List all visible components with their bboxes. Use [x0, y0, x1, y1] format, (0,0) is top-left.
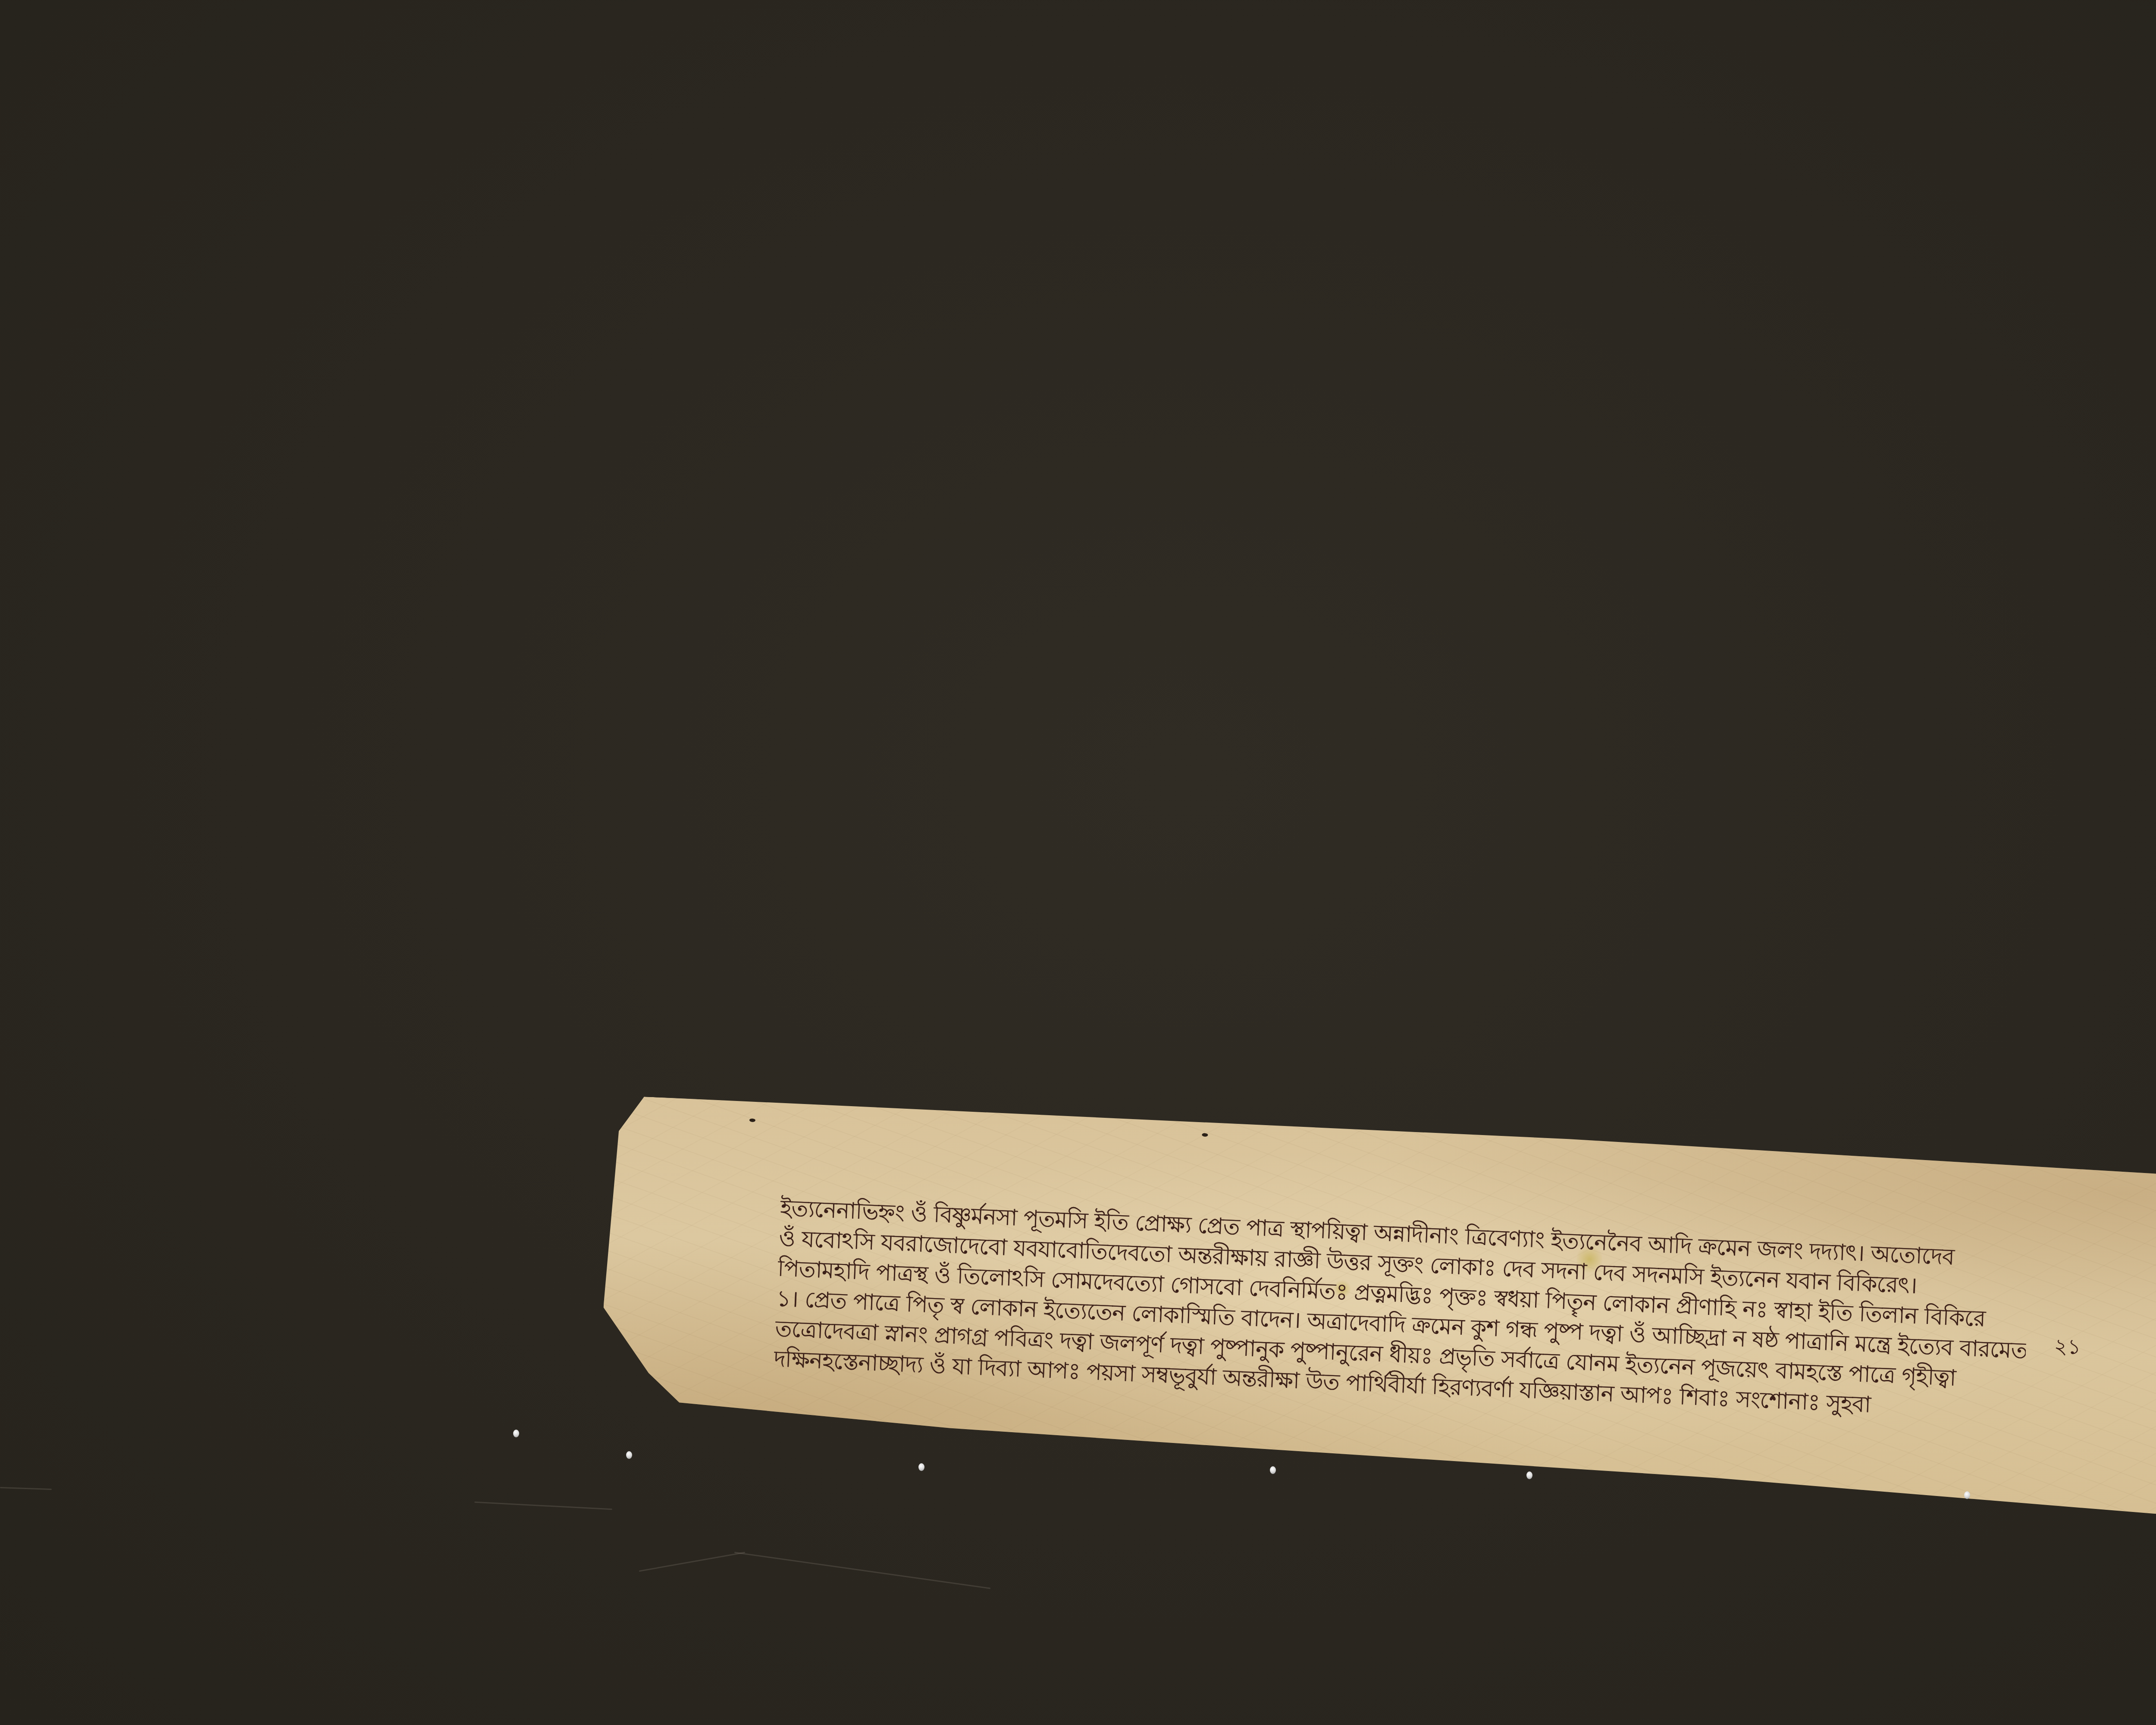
mounting-pin: [1526, 1471, 1532, 1479]
manuscript-text: ইত্যনেনাভিহ্নং ওঁ বিষ্ণুর্মনসা পূতমসি ইত…: [773, 1193, 2030, 1427]
thread-mark: [734, 1552, 991, 1589]
mounting-pin: [1964, 1491, 1970, 1499]
mounting-pin: [918, 1463, 924, 1471]
mounting-pin: [1270, 1466, 1276, 1474]
manuscript-folio: ইত্যনেনাভিহ্নং ওঁ বিষ্ণুর্মনসা পূতমসি ইত…: [598, 1095, 2156, 1515]
thread-mark: [474, 1502, 612, 1510]
binding-hole: [1202, 1133, 1208, 1137]
folio-number: ২১: [2053, 1331, 2082, 1366]
thread-mark: [0, 1487, 52, 1490]
binding-hole: [749, 1118, 755, 1122]
mounting-pin: [626, 1451, 632, 1459]
thread-mark: [639, 1552, 746, 1571]
mounting-pin: [513, 1430, 519, 1437]
